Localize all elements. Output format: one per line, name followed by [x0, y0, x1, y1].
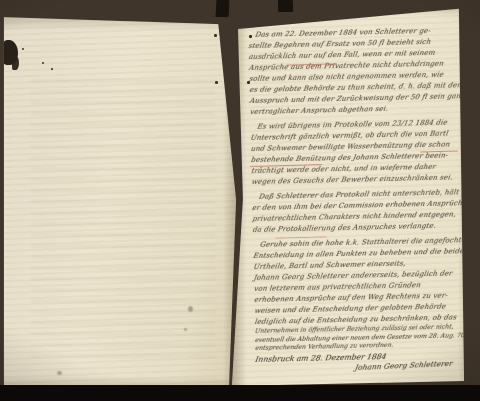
ink-speck [42, 62, 44, 64]
paper-texture [3, 16, 237, 387]
handwriting-paragraph: Das am 22. Dezember 1884 von Schletterer… [247, 25, 463, 118]
right-page: Das am 22. Dezember 1884 von Schletterer… [230, 5, 465, 386]
ink-show-through [31, 80, 215, 357]
book-binding-tab-top-right [278, 0, 293, 12]
ink-speck [22, 48, 24, 50]
ink-speck [215, 81, 218, 84]
handwriting-paragraph: Geruhe sohin die hohe k.k. Statthalterei… [252, 235, 469, 354]
ink-speck [214, 34, 217, 37]
paper-stain [184, 328, 187, 331]
page-edge-shadow [3, 16, 237, 387]
handwriting-block: Das am 22. Dezember 1884 von Schletterer… [247, 25, 469, 364]
margin-ink-dot [249, 35, 252, 38]
ink-smudge [1, 40, 18, 65]
handwriting-paragraph: Daß Schletterer das Protokoll nicht unte… [251, 187, 466, 236]
margin-ink-dot [247, 81, 250, 84]
scan-bottom-black-strip [0, 385, 480, 401]
paper-stain [57, 371, 62, 375]
left-page [3, 16, 237, 387]
handwriting-paragraph: Es wird übrigens im Protokolle vom 23/12… [249, 117, 464, 188]
book-binding-tab-top-left [216, 0, 230, 17]
ink-speck [51, 68, 53, 70]
paper-stain [188, 306, 193, 312]
